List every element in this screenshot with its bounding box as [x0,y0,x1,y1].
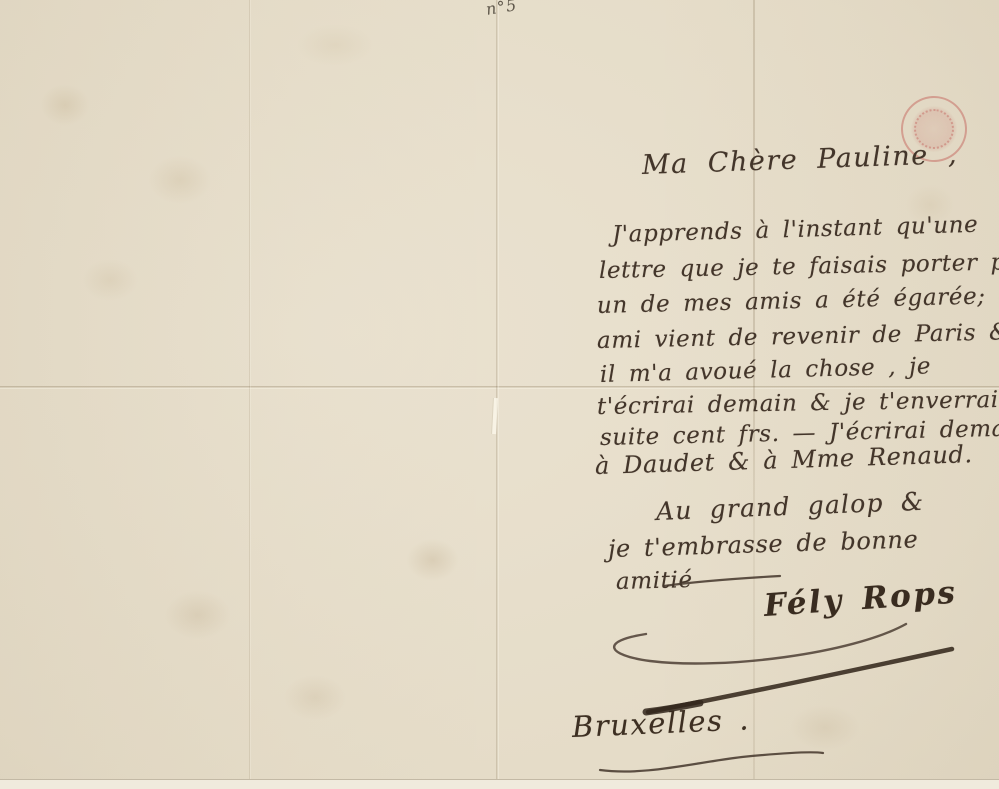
signature-paraph-loop [614,624,906,663]
signature-flourish-blob [646,703,700,712]
ink-flourishes [0,0,999,789]
letter-scan: n°5 Ma Chère Pauline , J'apprends à l'in… [0,0,999,789]
bruxelles-underline [600,752,823,771]
amitie-dash [664,576,780,586]
